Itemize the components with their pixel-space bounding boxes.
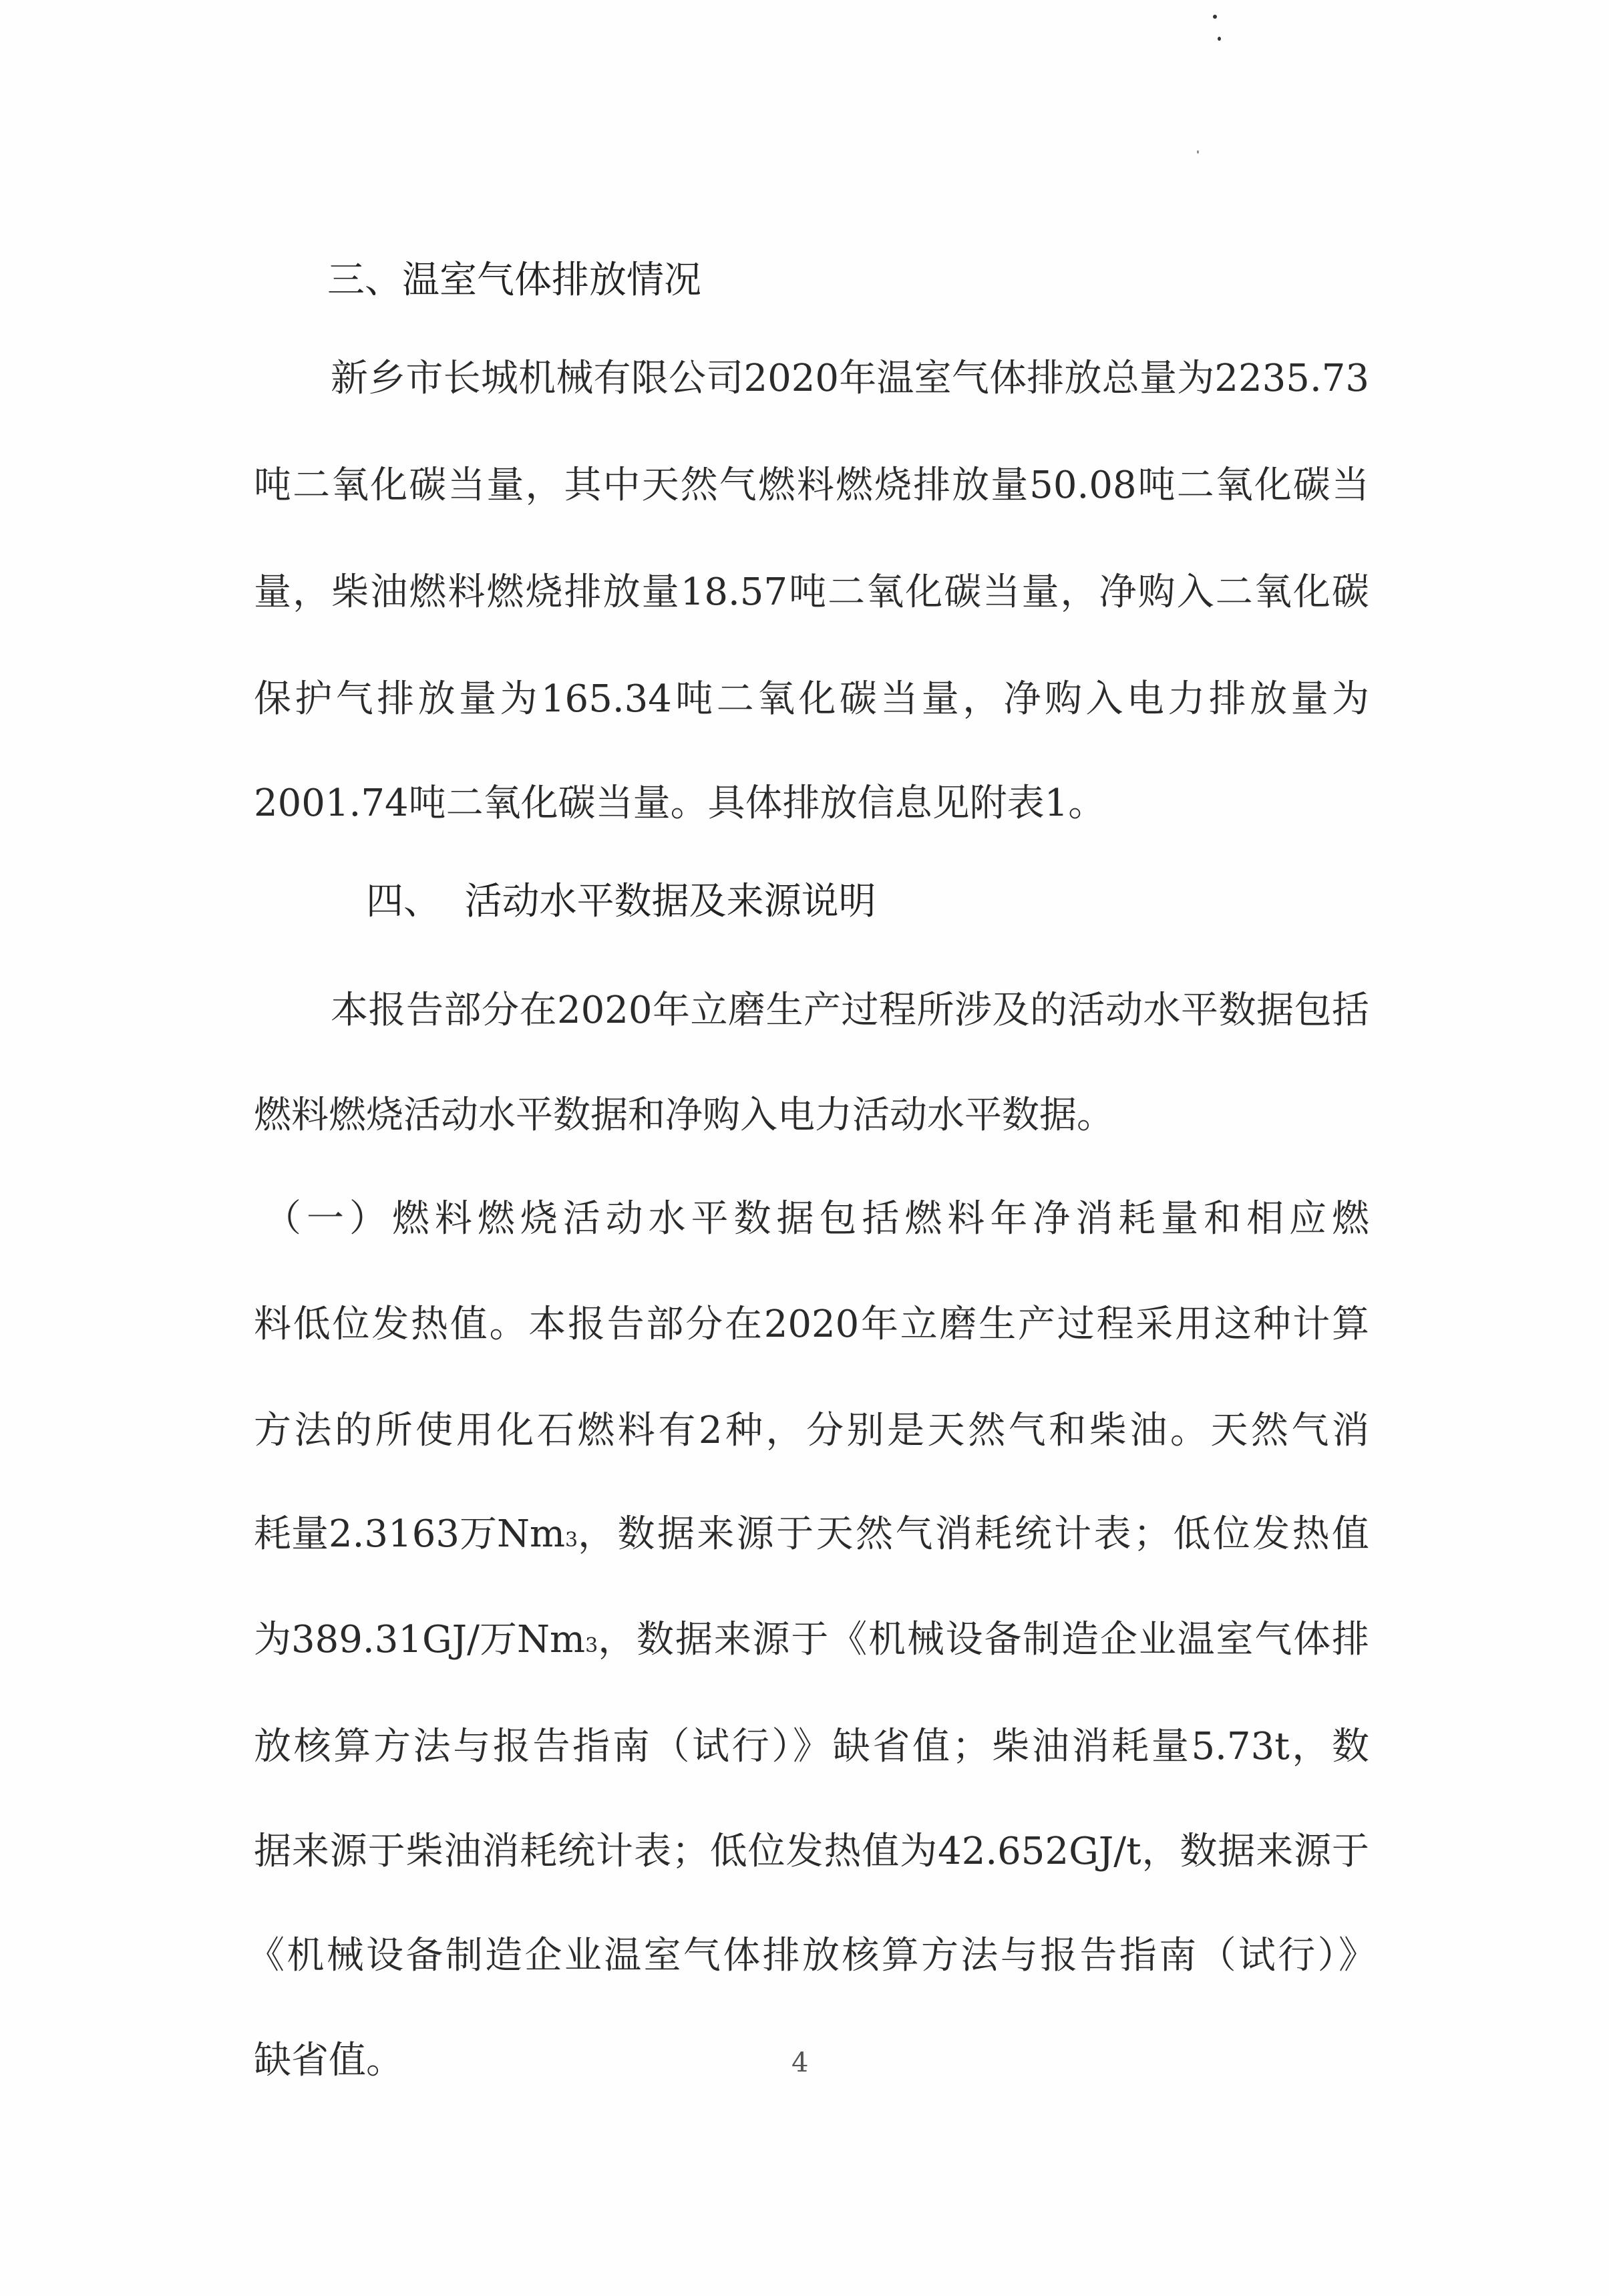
scan-speck (1218, 37, 1221, 41)
subsection-line: （一）燃料燃烧活动水平数据包括燃料年净消耗量和相应燃 (264, 1196, 1369, 1243)
paragraph-line: 吨二氧化碳当量，其中天然气燃料燃烧排放量50.08吨二氧化碳当 (254, 462, 1369, 509)
paragraph-line: 保护气排放量为165.34吨二氧化碳当量，净购入电力排放量为 (254, 676, 1369, 723)
section-heading-activity-data: 四、 活动水平数据及来源说明 (366, 878, 876, 925)
subsection-line: 据来源于柴油消耗统计表；低位发热值为42.652GJ/t，数据来源于 (254, 1828, 1369, 1875)
text-fragment: 耗量2.3163万Nm (254, 1511, 565, 1558)
scan-speck (1213, 15, 1217, 19)
text-fragment: ，数据来源于《机械设备制造企业温室气体排 (598, 1617, 1369, 1663)
document-page: 三、温室气体排放情况 新乡市长城机械有限公司2020年温室气体排放总量为2235… (0, 0, 1609, 2296)
subsection-line: 料低位发热值。本报告部分在2020年立磨生产过程采用这种计算 (254, 1301, 1369, 1348)
scan-speck (1197, 150, 1199, 154)
section-heading-emissions: 三、温室气体排放情况 (327, 257, 701, 304)
subsection-line: 方法的所使用化石燃料有2种，分别是天然气和柴油。天然气消 (254, 1408, 1369, 1454)
paragraph-line: 本报告部分在2020年立磨生产过程所涉及的活动水平数据包括 (331, 987, 1369, 1034)
subsection-line: 缺省值。 (254, 2037, 1369, 2084)
subsection-line-natural-gas-ncv: 为389.31GJ/万Nm3 ，数据来源于《机械设备制造企业温室气体排 (254, 1617, 1369, 1663)
paragraph-line: 新乡市长城机械有限公司2020年温室气体排放总量为2235.73 (331, 355, 1369, 402)
subsection-line: 放核算方法与报告指南（试行）》缺省值；柴油消耗量5.73t，数 (254, 1724, 1369, 1770)
paragraph-line: 2001.74吨二氧化碳当量。具体排放信息见附表1。 (254, 780, 1369, 827)
gas-ncv-text: 为389.31GJ/万Nm3 (254, 1617, 598, 1663)
paragraph-line: 燃料燃烧活动水平数据和净购入电力活动水平数据。 (254, 1092, 1369, 1139)
paragraph-line: 量，柴油燃料燃烧排放量18.57吨二氧化碳当量，净购入二氧化碳 (254, 569, 1369, 616)
text-fragment: 为389.31GJ/万Nm (254, 1617, 585, 1663)
gas-consumption-text: 耗量2.3163万Nm3 (254, 1511, 578, 1558)
page-number: 4 (791, 2047, 808, 2078)
text-fragment: ，数据来源于天然气消耗统计表；低位发热值 (578, 1511, 1369, 1558)
subsection-line: 《机械设备制造企业温室气体排放核算方法与报告指南（试行）》 (247, 1933, 1376, 1979)
subsection-line-natural-gas-consumption: 耗量2.3163万Nm3 ，数据来源于天然气消耗统计表；低位发热值 (254, 1511, 1369, 1558)
